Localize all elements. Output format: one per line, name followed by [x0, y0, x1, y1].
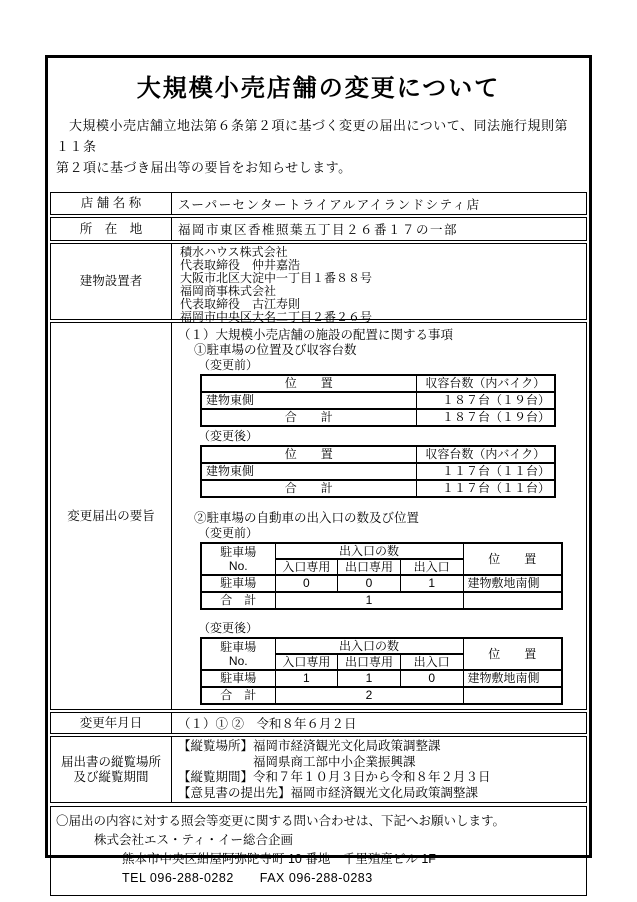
inspection-label-line1: 届出書の縦覧場所: [61, 755, 161, 770]
gate-before-exit: 0: [338, 575, 401, 592]
gates-after-label: （変更後）: [198, 621, 580, 636]
capacity-header-count: 収容台数（内バイク）: [416, 375, 555, 392]
table-row: 建物東側 １８７台（１９台）: [201, 392, 555, 409]
table-row: 合 計 2: [201, 687, 562, 704]
info-table: 店 舗 名 称 スーパーセンタートライアルアイランドシティ店 所 在 地 福岡市…: [50, 192, 587, 803]
capacity-header-position: 位 置: [201, 375, 416, 392]
gate-header-inout: 出入口: [400, 559, 463, 575]
gate-header-exit: 出口専用: [338, 654, 401, 670]
capacity-header-count: 収容台数（内バイク）: [416, 446, 555, 463]
row-store-name: 店 舗 名 称 スーパーセンタートライアルアイランドシティ店: [50, 192, 587, 215]
builder-value: 積水ハウス株式会社 代表取締役 仲井嘉浩 大阪市北区大淀中一丁目１番８８号 福岡…: [172, 244, 586, 319]
capacity-after-total-label: 合 計: [201, 480, 416, 497]
table-row: 駐車場 No. 出入口の数 位 置: [201, 543, 562, 559]
row-change-date: 変更年月日 （１）① ② 令和８年６月２日: [50, 712, 587, 734]
gate-after-inout: 0: [400, 670, 463, 687]
inspection-line: 【縦覧期間】令和７年１０月３日から令和８年２月３日: [178, 770, 580, 786]
gate-before-total: 1: [275, 592, 463, 609]
row-builder: 建物設置者 積水ハウス株式会社 代表取締役 仲井嘉浩 大阪市北区大淀中一丁目１番…: [50, 243, 587, 320]
gate-header-no: 駐車場 No.: [201, 638, 275, 670]
table-row: 位 置 収容台数（内バイク）: [201, 446, 555, 463]
gate-header-no-line1: 駐車場: [206, 640, 271, 654]
gate-after-total: 2: [275, 687, 463, 704]
inquiry-box: 〇届出の内容に対する照会等変更に関する問い合わせは、下記へお願いします。 株式会…: [50, 806, 587, 896]
capacity-header-position: 位 置: [201, 446, 416, 463]
intro-line-2: 第２項に基づき届出等の要旨をお知らせします。: [56, 157, 581, 178]
capacity-before-total-label: 合 計: [201, 409, 416, 426]
gate-after-entry: 1: [275, 670, 338, 687]
table-row: 駐車場 1 1 0 建物敷地南側: [201, 670, 562, 687]
gate-header-no-line2: No.: [206, 654, 271, 668]
store-name-value: スーパーセンタートライアルアイランドシティ店: [172, 193, 586, 214]
gate-before-total-label: 合 計: [201, 592, 275, 609]
capacity-table-before: 位 置 収容台数（内バイク） 建物東側 １８７台（１９台） 合 計 １８７台（１…: [200, 374, 556, 427]
summary-section-1: （１）大規模小売店舗の施設の配置に関する事項: [178, 328, 580, 343]
document-frame: 大規模小売店舗の変更について 大規模小売店舗立地法第６条第２項に基づく変更の届出…: [45, 55, 592, 858]
gate-header-group: 出入口の数: [275, 638, 463, 654]
summary-item-1: ①駐車場の位置及び収容台数: [194, 343, 580, 358]
gate-after-name: 駐車場: [201, 670, 275, 687]
gate-after-exit: 1: [338, 670, 401, 687]
gate-header-exit: 出口専用: [338, 559, 401, 575]
table-row: 合 計 １１７台（１１台）: [201, 480, 555, 497]
table-row: 駐車場 No. 出入口の数 位 置: [201, 638, 562, 654]
gate-before-name: 駐車場: [201, 575, 275, 592]
table-row: 位 置 収容台数（内バイク）: [201, 375, 555, 392]
gate-header-position: 位 置: [463, 638, 562, 670]
inspection-line: 【意見書の提出先】福岡市経済観光文化局政策調整課: [178, 786, 580, 802]
inspection-label-line2: 及び縦覧期間: [73, 770, 148, 785]
change-summary-content: （１）大規模小売店舗の施設の配置に関する事項 ①駐車場の位置及び収容台数 （変更…: [172, 323, 586, 709]
capacity-after-count: １１７台（１１台）: [416, 463, 555, 480]
inspection-value: 【縦覧場所】福岡市経済観光文化局政策調整課 福岡県商工部中小企業振興課 【縦覧期…: [172, 737, 586, 802]
row-inspection: 届出書の縦覧場所 及び縦覧期間 【縦覧場所】福岡市経済観光文化局政策調整課 福岡…: [50, 736, 587, 803]
table-row: 合 計 １８７台（１９台）: [201, 409, 555, 426]
inquiry-company: 株式会社エス・ティ・イー総合企画: [94, 831, 581, 850]
gate-after-position: 建物敷地南側: [463, 670, 562, 687]
address-value: 福岡市東区香椎照葉五丁目２６番１７の一部: [172, 218, 586, 240]
capacity-before-total-count: １８７台（１９台）: [416, 409, 555, 426]
address-label: 所 在 地: [51, 218, 172, 240]
gate-header-position: 位 置: [463, 543, 562, 575]
capacity-after-position: 建物東側: [201, 463, 416, 480]
change-date-label: 変更年月日: [51, 713, 172, 733]
gate-after-total-position-empty: [463, 687, 562, 704]
inquiry-line-1: 〇届出の内容に対する照会等変更に関する問い合わせは、下記へお願いします。: [56, 812, 581, 831]
row-address: 所 在 地 福岡市東区香椎照葉五丁目２６番１７の一部: [50, 217, 587, 241]
table-row: 駐車場 0 0 1 建物敷地南側: [201, 575, 562, 592]
gate-before-position: 建物敷地南側: [463, 575, 562, 592]
capacity-before-count: １８７台（１９台）: [416, 392, 555, 409]
builder-label: 建物設置者: [51, 244, 172, 319]
inquiry-address: 熊本市中央区紺屋阿弥陀寺町 10 番地 千里殖産ビル 1F: [122, 850, 581, 869]
gate-table-after: 駐車場 No. 出入口の数 位 置 入口専用 出口専用 出入口: [200, 637, 563, 705]
change-summary-label: 変更届出の要旨: [51, 323, 172, 709]
gate-header-entry: 入口専用: [275, 654, 338, 670]
inspection-line: 【縦覧場所】福岡市経済観光文化局政策調整課: [178, 739, 580, 755]
capacity-before-label: （変更前）: [198, 358, 580, 373]
row-change-summary: 変更届出の要旨 （１）大規模小売店舗の施設の配置に関する事項 ①駐車場の位置及び…: [50, 322, 587, 710]
gate-header-no-line2: No.: [206, 559, 271, 573]
page-title: 大規模小売店舗の変更について: [50, 68, 587, 103]
inspection-line: 福岡県商工部中小企業振興課: [178, 755, 580, 771]
gate-table-before: 駐車場 No. 出入口の数 位 置 入口専用 出口専用 出入口: [200, 542, 563, 610]
gate-before-inout: 1: [400, 575, 463, 592]
summary-item-2: ②駐車場の自動車の出入口の数及び位置: [194, 511, 580, 526]
capacity-after-label: （変更後）: [198, 429, 580, 444]
intro-paragraph: 大規模小売店舗立地法第６条第２項に基づく変更の届出について、同法施行規則第１１条…: [56, 115, 581, 178]
capacity-table-after: 位 置 収容台数（内バイク） 建物東側 １１７台（１１台） 合 計 １１７台（１…: [200, 445, 556, 498]
capacity-after-total-count: １１７台（１１台）: [416, 480, 555, 497]
table-row: 建物東側 １１７台（１１台）: [201, 463, 555, 480]
gate-header-group: 出入口の数: [275, 543, 463, 559]
gate-after-total-label: 合 計: [201, 687, 275, 704]
capacity-before-position: 建物東側: [201, 392, 416, 409]
inquiry-tel-fax: TEL 096-288-0282 FAX 096-288-0283: [122, 869, 581, 888]
gate-before-total-position-empty: [463, 592, 562, 609]
page: 大規模小売店舗の変更について 大規模小売店舗立地法第６条第２項に基づく変更の届出…: [0, 0, 637, 902]
intro-line-1: 大規模小売店舗立地法第６条第２項に基づく変更の届出について、同法施行規則第１１条: [56, 115, 581, 157]
gate-header-inout: 出入口: [400, 654, 463, 670]
gate-header-no-line1: 駐車場: [206, 545, 271, 559]
change-date-value: （１）① ② 令和８年６月２日: [172, 713, 586, 733]
gate-header-entry: 入口専用: [275, 559, 338, 575]
gates-before-label: （変更前）: [198, 526, 580, 541]
gate-before-entry: 0: [275, 575, 338, 592]
gate-header-no: 駐車場 No.: [201, 543, 275, 575]
store-name-label: 店 舗 名 称: [51, 193, 172, 214]
inspection-label: 届出書の縦覧場所 及び縦覧期間: [51, 737, 172, 802]
table-row: 合 計 1: [201, 592, 562, 609]
